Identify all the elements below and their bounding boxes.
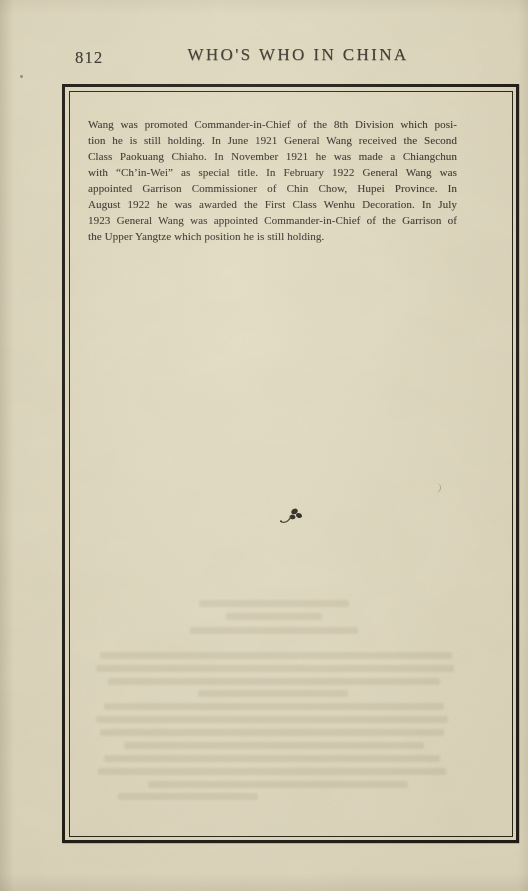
text-line: tion he is still holding. In June 1921 G… [88,133,457,149]
text-line: appointed Garrison Commissioner of Chin … [88,181,457,197]
text-line: Wang was promoted Commander-in-Chief of … [88,117,457,133]
text-line: the Upper Yangtze which position he is s… [88,229,457,245]
text-line: August 1922 he was awarded the First Cla… [88,197,457,213]
scanned-book-page: 812 WHO'S WHO IN CHINA Wang was promoted… [0,0,528,891]
text-line: 1923 General Wang was appointed Commande… [88,213,457,229]
ink-speck [20,75,23,78]
text-line: Class Paokuang Chiaho. In November 1921 … [88,149,457,165]
hedera-fleuron-icon [278,506,304,526]
biography-paragraph: Wang was promoted Commander-in-Chief of … [88,117,457,245]
running-title: WHO'S WHO IN CHINA [68,45,528,65]
text-line: with “Ch’in-Wei” as special title. In Fe… [88,165,457,181]
